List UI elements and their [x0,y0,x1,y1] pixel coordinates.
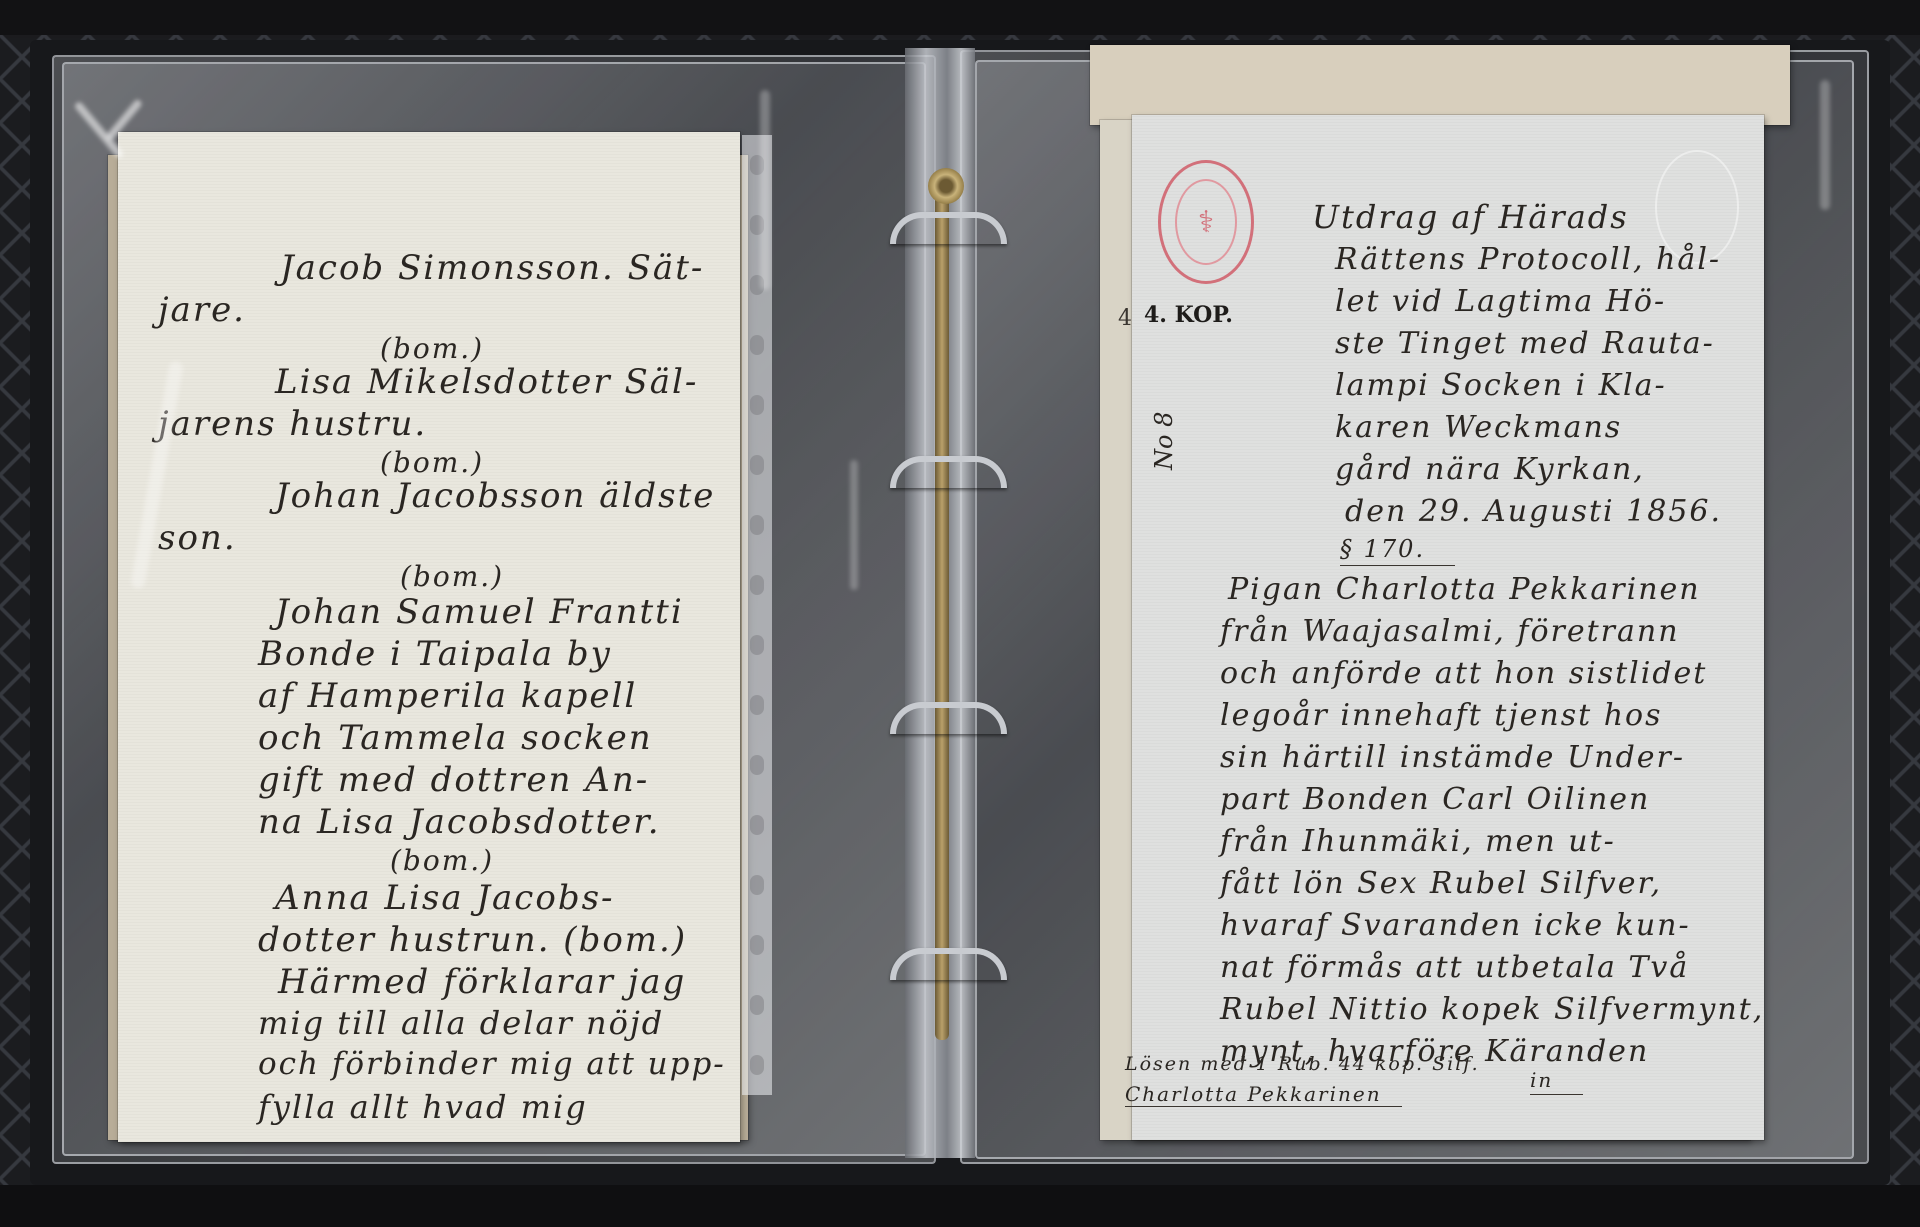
dark-cloth-bottom [0,1185,1920,1227]
case-number: § 170. [1340,535,1455,566]
fee-note: Lösen med 1 Rub. 44 kop. Silf. [1125,1053,1480,1075]
right-document-backing-top [1090,45,1790,125]
handwritten-line: Lisa Mikelsdotter Säl- [275,362,698,402]
handwritten-line: och Tammela socken [258,718,653,758]
handwritten-line: son. [158,518,237,558]
handwritten-line: Jacob Simonsson. Sät- [280,248,704,288]
handwritten-line: dotter hustrun. (bom.) [258,920,687,960]
handwritten-line: och förbinder mig att upp- [258,1046,726,1082]
handwritten-line: jarens hustru. [158,404,427,444]
binder-ring[interactable] [890,948,1007,980]
stamp-ghost: 4 [1118,306,1132,331]
punch-hole [750,755,764,775]
handwritten-line: nat förmås att utbetala Två [1220,950,1689,985]
caduceus-icon: ⚕ [1175,179,1237,265]
handwritten-line: af Hamperila kapell [258,676,637,716]
handwritten-line: jare. [158,290,246,330]
sleeve-glare [850,460,858,590]
handwritten-line: gift med dottren An- [258,760,649,800]
punch-hole [750,995,764,1015]
handwritten-line: lampi Socken i Kla- [1335,368,1667,403]
handwritten-line: (bom.) [400,560,504,593]
punch-hole [750,935,764,955]
dark-cloth-top [0,0,1920,38]
handwritten-line: (bom.) [390,844,494,877]
handwritten-line: Anna Lisa Jacobs- [275,878,615,918]
handwritten-line: let vid Lagtima Hö- [1335,284,1666,319]
punch-hole [750,515,764,535]
handwritten-line: från Ihunmäki, men ut- [1220,824,1616,859]
handwritten-line: Rubel Nittio kopek Silfvermynt, [1220,992,1764,1027]
punch-hole [750,635,764,655]
punch-hole [750,875,764,895]
punch-hole [750,335,764,355]
handwritten-line: Johan Samuel Frantti [275,592,684,632]
punch-hole [750,395,764,415]
punch-hole [750,815,764,835]
handwritten-line: fylla allt hvad mig [258,1088,588,1126]
price-stamp: 4. KOP. [1144,302,1233,328]
binder-ring[interactable] [890,456,1007,488]
signature-name: Charlotta Pekkarinen [1125,1082,1402,1107]
handwritten-line: Rättens Protocoll, hål- [1335,242,1721,277]
handwritten-line: från Waajasalmi, företrann [1220,614,1680,649]
handwritten-line: ste Tinget med Rauta- [1335,326,1715,361]
handwritten-line: legoår innehaft tjenst hos [1220,698,1662,733]
handwritten-line: Utdrag af Härads [1312,198,1629,236]
handwritten-line: sin härtill instämde Under- [1220,740,1685,775]
handwritten-line: fått lön Sex Rubel Silfver, [1220,866,1662,901]
margin-note: No 8 [1150,412,1178,470]
sleeve-glare [1820,80,1830,210]
handwritten-line: na Lisa Jacobsdotter. [258,802,661,842]
punch-hole [750,455,764,475]
handwritten-line: Bonde i Taipala by [258,634,612,674]
handwritten-line: (bom.) [380,446,484,479]
punch-hole [750,695,764,715]
ring-mechanism-bar [935,180,949,1040]
binder-ring[interactable] [890,702,1007,734]
handwritten-line: karen Weckmans [1335,410,1622,445]
ring-mechanism-rivet-icon [928,168,964,204]
handwritten-line: (bom.) [380,332,484,365]
handwritten-line: Pigan Charlotta Pekkarinen [1228,572,1701,607]
handwritten-line: part Bonden Carl Oilinen [1220,782,1650,817]
punch-hole [750,1055,764,1075]
handwritten-line: Johan Jacobsson äldste [275,476,715,516]
handwritten-line: och anförde att hon sistlidet [1220,656,1707,691]
handwritten-line: mig till alla delar nöjd [258,1004,664,1042]
handwritten-line: gård nära Kyrkan, [1335,452,1645,487]
handwritten-line: Härmed förklarar jag [278,962,686,1002]
red-seal-icon: ⚕ [1158,160,1254,284]
binder-ring[interactable] [890,212,1007,244]
handwritten-line: den 29. Augusti 1856. [1345,494,1722,529]
punch-hole [750,575,764,595]
handwritten-line: hvaraf Svaranden icke kun- [1220,908,1691,943]
footer-initials: in [1530,1068,1583,1095]
sleeve-glare [760,90,770,290]
